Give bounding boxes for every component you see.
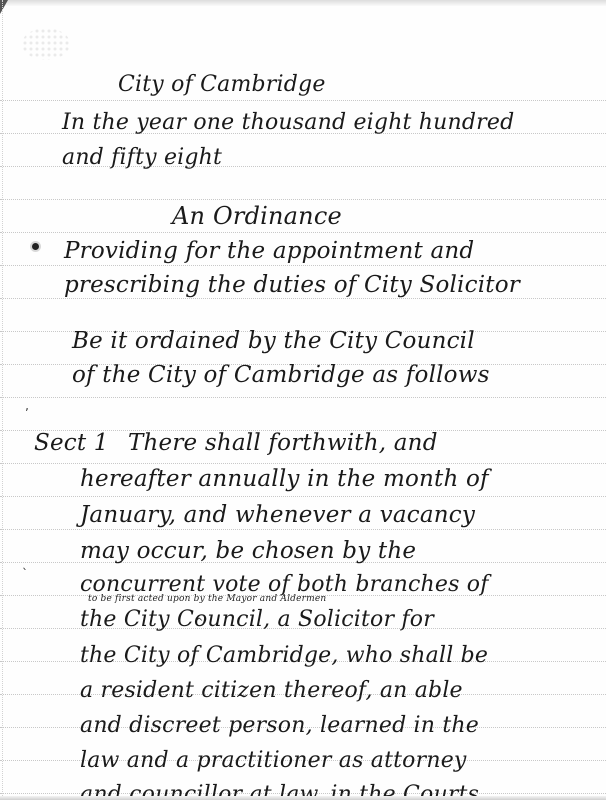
section-line: hereafter annually in the month of	[80, 466, 489, 492]
date-line-1: In the year one thousand eight hundred	[62, 110, 514, 135]
ruled-line	[0, 265, 606, 266]
left-margin-line	[2, 0, 5, 800]
manuscript-page: City of Cambridge In the year one thousa…	[0, 0, 606, 800]
margin-tick-mark: ˎ	[22, 556, 28, 570]
section-label: Sect 1	[34, 430, 109, 456]
ordinance-subject-line-2: prescribing the duties of City Solicitor	[64, 272, 520, 298]
ruled-line	[0, 397, 606, 398]
section-line: the City Council, a Solicitor for	[80, 607, 434, 632]
ruled-line	[0, 463, 606, 464]
ordinance-heading: An Ordinance	[172, 202, 342, 230]
document-title: City of Cambridge	[118, 72, 326, 97]
ordinance-subject-line-1: Providing for the appointment and	[64, 238, 474, 264]
section-line: may occur, be chosen by the	[80, 538, 416, 564]
scan-bottom-edge	[0, 796, 606, 800]
section-line: law and a practitioner as attorney	[80, 748, 467, 773]
ruled-line	[0, 199, 606, 200]
faded-stamp	[22, 28, 70, 60]
section-line: and discreet person, learned in the	[80, 713, 479, 738]
ruled-line	[0, 529, 606, 530]
date-line-2: and fifty eight	[62, 145, 222, 170]
section-line: the City of Cambridge, who shall be	[80, 643, 488, 668]
ink-blot	[32, 243, 39, 250]
scan-top-edge	[0, 0, 606, 6]
section-line: There shall forthwith, and	[128, 430, 438, 456]
insertion-caret-icon: ^	[195, 617, 203, 628]
ruled-line	[0, 496, 606, 497]
section-line: a resident citizen thereof, an able	[80, 678, 463, 703]
enacting-clause-line-1: Be it ordained by the City Council	[72, 328, 475, 354]
interlinear-insertion: to be first acted upon by the Mayor and …	[88, 594, 326, 604]
ruled-line	[0, 232, 606, 233]
enacting-clause-line-2: of the City of Cambridge as follows	[72, 362, 490, 388]
ruled-line	[0, 298, 606, 299]
section-line: January, and whenever a vacancy	[80, 502, 475, 528]
margin-tick-mark: ʼ	[25, 406, 29, 420]
ruled-line	[0, 100, 606, 101]
